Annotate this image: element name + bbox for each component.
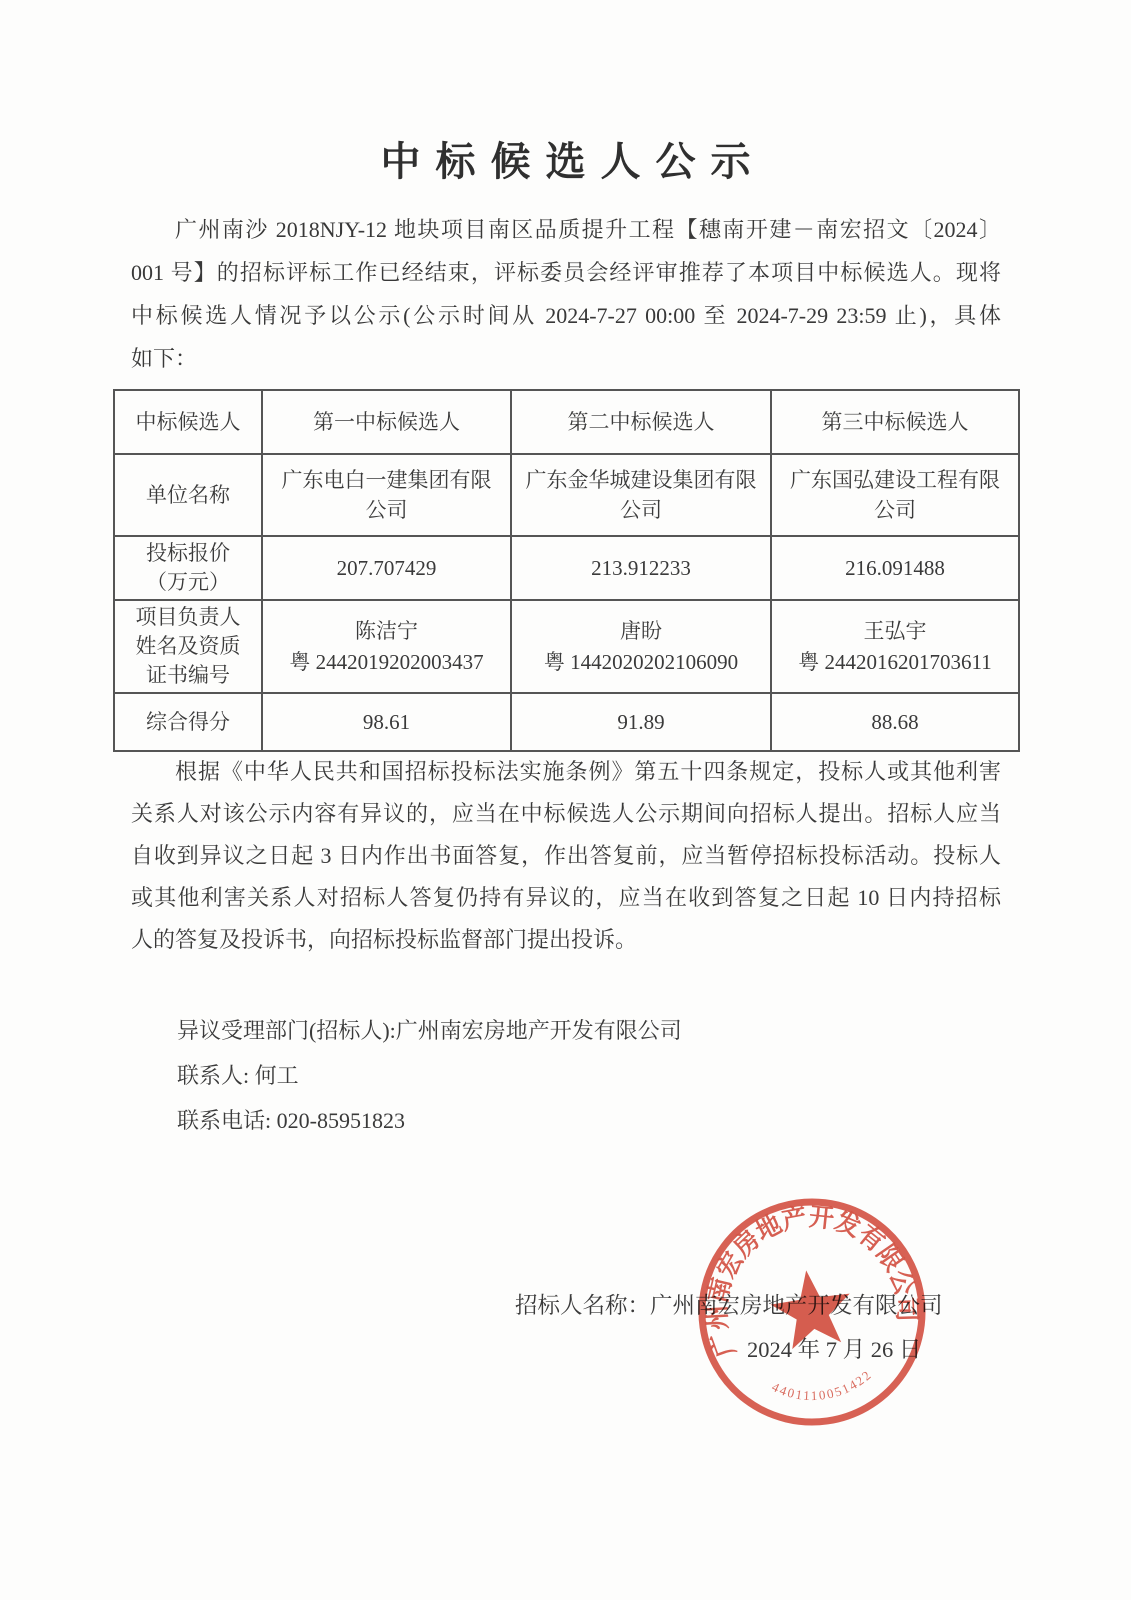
row-label-line: （万元） [125, 568, 251, 597]
table-header-cell: 第一中标候选人 [262, 390, 511, 454]
contact-department: 异议受理部门(招标人):广州南宏房地产开发有限公司 [131, 1008, 1001, 1053]
issue-date: 2024 年 7 月 26 日 [747, 1334, 921, 1366]
table-cell-company: 广东国弘建设工程有限公司 [771, 454, 1019, 536]
table-cell-score: 91.89 [511, 693, 771, 751]
table-row-label: 项目负责人 姓名及资质 证书编号 [114, 600, 262, 693]
table-cell-price: 216.091488 [771, 536, 1019, 600]
document-page: 中标候选人公示 广州南沙 2018NJY-12 地块项目南区品质提升工程【穗南开… [0, 0, 1131, 1600]
manager-cert: 粤 1442020202106090 [522, 647, 760, 678]
paragraph-line: 广州南沙 2018NJY-12 地块项目南区品质提升工程【穗南开建－南宏招文〔2… [131, 208, 1001, 251]
manager-name: 唐盼 [522, 616, 760, 647]
table-cell-score: 98.61 [262, 693, 511, 751]
paragraph-line: 根据《中华人民共和国招标投标法实施条例》第五十四条规定，投标人或其他利害 [131, 751, 1001, 793]
contact-block: 异议受理部门(招标人):广州南宏房地产开发有限公司 联系人: 何工 联系电话: … [131, 1008, 1001, 1143]
paragraph-line: 人的答复及投诉书，向招标投标监督部门提出投诉。 [131, 919, 1001, 961]
contact-person: 联系人: 何工 [131, 1053, 1001, 1098]
table-cell-company: 广东金华城建设集团有限公司 [511, 454, 771, 536]
table-header-cell: 第二中标候选人 [511, 390, 771, 454]
table-row-label: 综合得分 [114, 693, 262, 751]
table-header-cell: 第三中标候选人 [771, 390, 1019, 454]
table-cell-manager: 唐盼 粤 1442020202106090 [511, 600, 771, 693]
row-label-line: 项目负责人 [125, 603, 251, 632]
contact-phone: 联系电话: 020-85951823 [131, 1098, 1001, 1143]
paragraph-line: 自收到异议之日起 3 日内作出书面答复，作出答复前，应当暂停招标投标活动。投标人 [131, 835, 1001, 877]
tenderer-name-line: 招标人名称：广州南宏房地产开发有限公司 [515, 1290, 943, 1322]
table-row-label: 单位名称 [114, 454, 262, 536]
manager-name: 王弘宇 [782, 616, 1008, 647]
table-cell-manager: 陈洁宁 粤 2442019202003437 [262, 600, 511, 693]
legal-paragraph: 根据《中华人民共和国招标投标法实施条例》第五十四条规定，投标人或其他利害 关系人… [131, 751, 1001, 961]
row-label-line: 投标报价 [125, 539, 251, 568]
paragraph-line: 001 号】的招标评标工作已经结束，评标委员会经评审推荐了本项目中标候选人。现将 [131, 251, 1001, 294]
table-cell-manager: 王弘宇 粤 2442016201703611 [771, 600, 1019, 693]
table-row-label: 投标报价 （万元） [114, 536, 262, 600]
manager-name: 陈洁宁 [273, 616, 500, 647]
paragraph-line: 或其他利害关系人对招标人答复仍持有异议的，应当在收到答复之日起 10 日内持招标 [131, 877, 1001, 919]
paragraph-line: 如下： [131, 337, 1001, 380]
paragraph-line: 关系人对该公示内容有异议的，应当在中标候选人公示期间向招标人提出。招标人应当 [131, 793, 1001, 835]
table-cell-company: 广东电白一建集团有限公司 [262, 454, 511, 536]
row-label-line: 姓名及资质 [125, 632, 251, 661]
table-cell-score: 88.68 [771, 693, 1019, 751]
table-cell-price: 213.912233 [511, 536, 771, 600]
paragraph-line: 中标候选人情况予以公示(公示时间从 2024-7-27 00:00 至 2024… [131, 294, 1001, 337]
manager-cert: 粤 2442016201703611 [782, 647, 1008, 678]
seal-serial-number: 4401110051422 [768, 1365, 877, 1409]
manager-cert: 粤 2442019202003437 [273, 647, 500, 678]
table-corner-cell: 中标候选人 [114, 390, 262, 454]
table-cell-price: 207.707429 [262, 536, 511, 600]
row-label-line: 证书编号 [125, 661, 251, 690]
page-title: 中标候选人公示 [0, 132, 1131, 192]
svg-text:4401110051422: 4401110051422 [768, 1365, 877, 1409]
candidates-table: 中标候选人 第一中标候选人 第二中标候选人 第三中标候选人 单位名称 广东电白一… [113, 389, 1020, 752]
intro-paragraph: 广州南沙 2018NJY-12 地块项目南区品质提升工程【穗南开建－南宏招文〔2… [131, 208, 1001, 380]
